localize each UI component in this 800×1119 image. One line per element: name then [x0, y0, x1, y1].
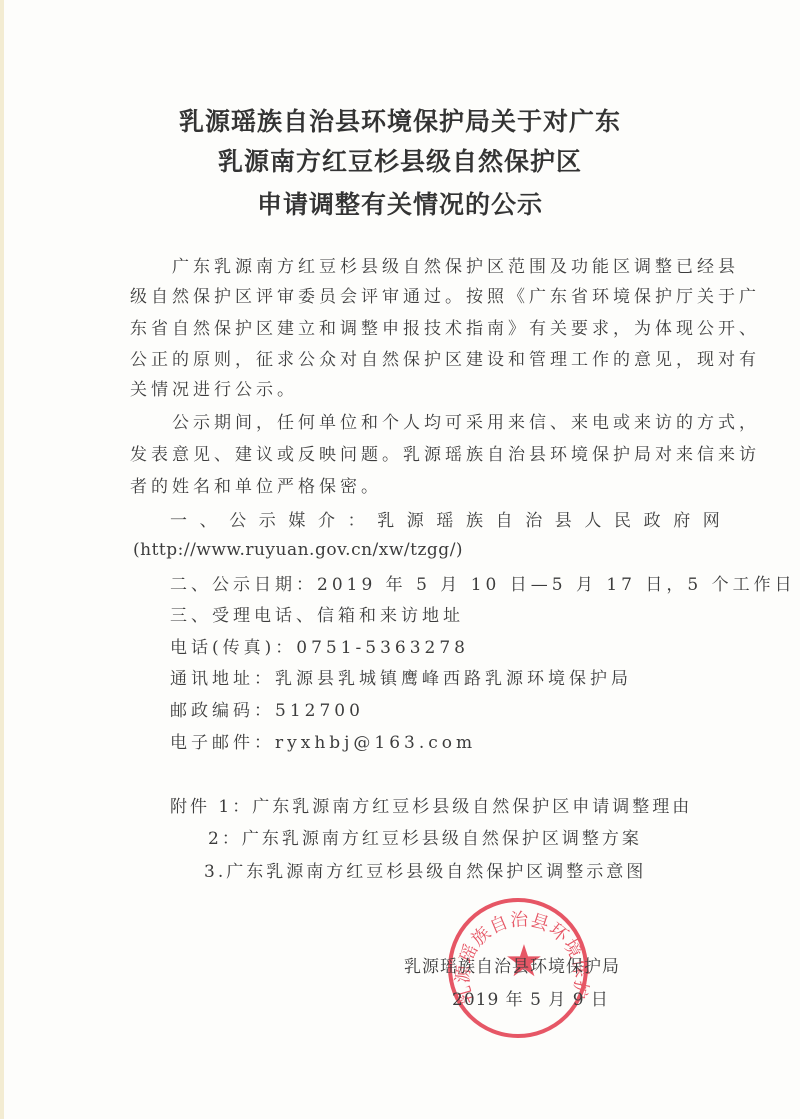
paragraph-line: 东省自然保护区建立和调整申报技术指南》有关要求，为体现公开、 — [130, 314, 760, 339]
item-publicity-date: 二、公示日期：2019 年 5 月 10 日—5 月 17 日，5 个工作日 — [170, 570, 796, 595]
signature-date: 2019 年 5 月 9 日 — [452, 985, 609, 1010]
signature-organization: 乳源瑶族自治县环境保护局 — [404, 952, 620, 977]
contact-email[interactable]: 电子邮件：ryxhbj@163.com — [170, 728, 476, 753]
paragraph-line: 者的姓名和单位严格保密。 — [130, 472, 382, 497]
paragraph-line: 发表意见、建议或反映问题。乳源瑶族自治县环境保护局对来信来访 — [130, 440, 760, 465]
title-line-1: 乳源瑶族自治县环境保护局关于对广东 — [0, 102, 800, 138]
title-line-3: 申请调整有关情况的公示 — [0, 185, 800, 221]
paragraph-line: 级自然保护区评审委员会评审通过。按照《广东省环境保护厅关于广 — [130, 282, 760, 307]
attachment-3: 3.广东乳源南方红豆杉县级自然保护区调整示意图 — [204, 857, 646, 882]
attachment-1: 附件 1：广东乳源南方红豆杉县级自然保护区申请调整理由 — [170, 792, 692, 817]
paragraph-line: 公示期间，任何单位和个人均可采用来信、来电或来访的方式， — [172, 408, 760, 433]
contact-address: 通讯地址：乳源县乳城镇鹰峰西路乳源环境保护局 — [170, 664, 632, 689]
paragraph-line: 公正的原则，征求公众对自然保护区建设和管理工作的意见，现对有 — [130, 345, 760, 370]
attachment-2: 2：广东乳源南方红豆杉县级自然保护区调整方案 — [208, 824, 642, 849]
paragraph-line: 关情况进行公示。 — [130, 375, 298, 400]
item-publicity-media: 一、公示媒介：乳源瑶族自治县人民政府网 — [170, 506, 732, 531]
item-contact-heading: 三、受理电话、信箱和来访地址 — [170, 601, 464, 626]
paragraph-line: 广东乳源南方红豆杉县级自然保护区范围及功能区调整已经县 — [172, 252, 739, 277]
title-line-2: 乳源南方红豆杉县级自然保护区 — [0, 142, 800, 178]
item-publicity-url[interactable]: (http://www.ruyuan.gov.cn/xw/tzgg/) — [133, 540, 463, 560]
contact-postcode: 邮政编码：512700 — [170, 696, 364, 721]
contact-phone: 电话(传真)：0751-5363278 — [170, 633, 469, 658]
